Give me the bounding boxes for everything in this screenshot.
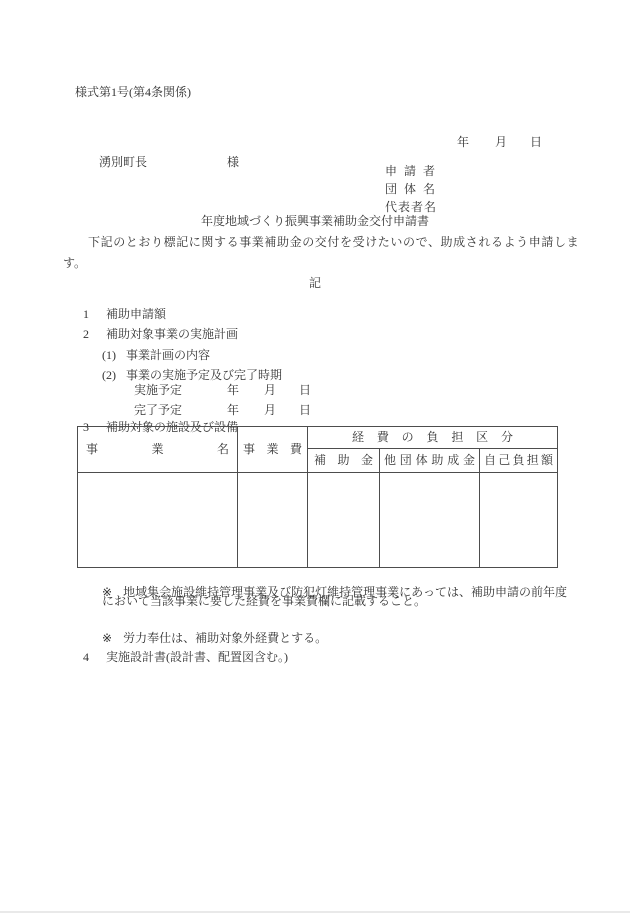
opening-paragraph-line-1: 下記のとおり標記に関する事業補助金の交付を受けたいので、助成されるよう申請しま [88,236,579,249]
table-header-expense-breakdown: 経費の負担区分 [308,431,557,444]
planned-completion-month-label: 月 [264,403,276,417]
list-item-2-2-number: (2) [102,368,116,382]
subsidy-cost-table: 事業名 事業費 経費の負担区分 補助金 他団体助成金 自己負担額 [77,426,558,568]
table-cell-project-cost [238,473,308,568]
table-header-subsidy: 補助金 [308,454,379,467]
document-title: 年度地域づくり振興事業補助金交付申請書 [0,215,630,228]
table-header-subsidy-cell: 補助金 [308,449,380,473]
date-line: 年月日 [445,123,542,162]
table-header-project-name: 事業名 [78,443,237,456]
table-header-self-payment: 自己負担額 [480,454,557,467]
date-day-label: 日 [530,135,542,149]
note-1-line-2: において当該事業に要した経費を事業費欄に記載すること。 [102,595,426,608]
applicant-label: 申請者 [385,165,442,178]
record-heading: 記 [0,277,630,290]
date-year-label: 年 [457,135,469,149]
table-row [78,473,558,568]
list-item-4-label: 実施設計書(設計書、配置図含む。) [106,650,288,664]
list-item-4: 4実施設計書(設計書、配置図含む。) [71,638,288,677]
opening-paragraph-line-2: す。 [63,257,86,270]
addressee-line: 湧別町長様 [87,143,239,182]
table-cell-subsidy [308,473,380,568]
table-cell-project-name [78,473,238,568]
table-cell-self-payment [480,473,558,568]
table-header-project-name-cell: 事業名 [78,427,238,473]
table-header-project-cost: 事業費 [238,443,307,456]
addressee-honorific: 様 [227,155,239,169]
application-form-page: 様式第1号(第4条関係) 年月日 湧別町長様 申請者 団体名 代表者名 年度地域… [0,0,630,915]
table-header-other-organization-grant: 他団体助成金 [380,454,479,467]
organization-label: 団体名 [385,183,442,196]
table-cell-other-grant [380,473,480,568]
date-month-label: 月 [495,135,507,149]
form-number: 様式第1号(第4条関係) [75,86,191,99]
representative-label: 代表者名 [385,201,437,214]
planned-completion-day-label: 日 [299,403,311,417]
list-item-4-number: 4 [83,650,89,664]
addressee-name: 湧別町長 [99,155,147,169]
table-header-project-cost-cell: 事業費 [238,427,308,473]
table-header-expense-breakdown-cell: 経費の負担区分 [308,427,558,449]
list-item-2-number: 2 [83,327,89,341]
page-bottom-edge [0,911,630,913]
table-header-other-grant-cell: 他団体助成金 [380,449,480,473]
table-header-self-payment-cell: 自己負担額 [480,449,558,473]
